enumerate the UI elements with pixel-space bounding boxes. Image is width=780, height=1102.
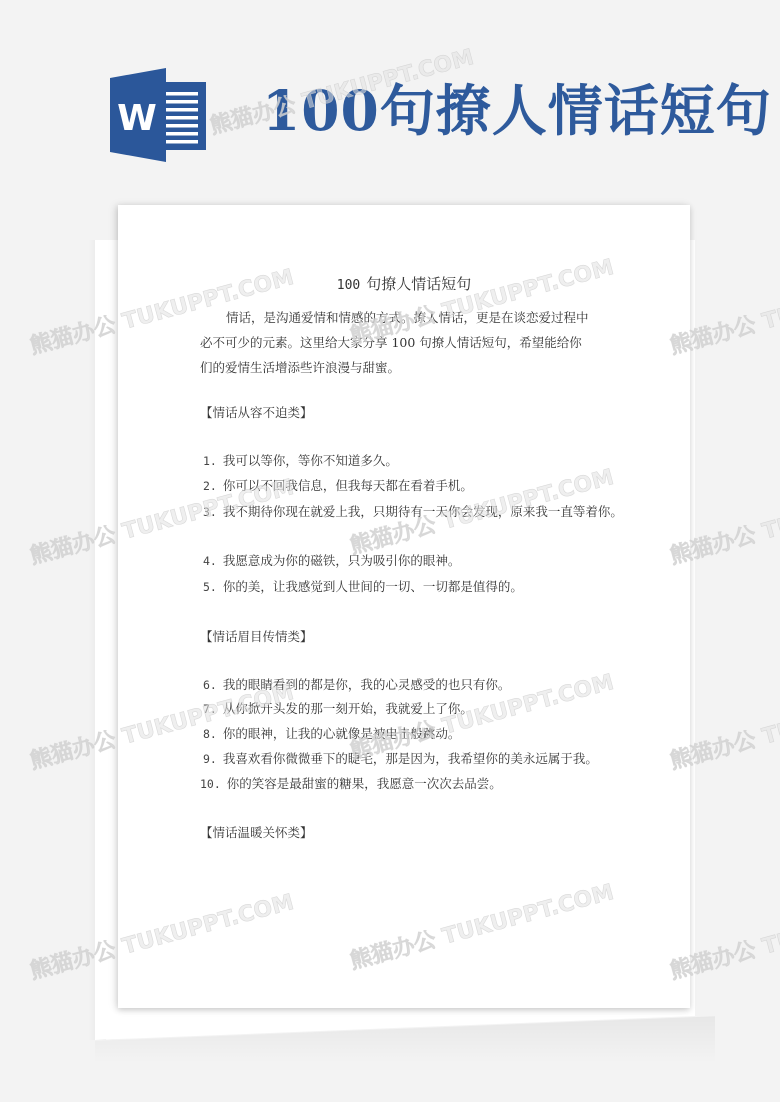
document-page: 100句撩人情话短句 情话，是沟通爱情和情感的方式。撩人情话，更是在谈恋爱过程中… — [118, 205, 690, 1008]
intro-line: 必不可少的元素。这里给大家分享 100 句撩人情话短句，希望能给你 — [200, 330, 610, 355]
list-item: 2.你可以不回我信息，但我每天都在看着手机。 — [203, 476, 623, 496]
word-document-icon: W — [110, 68, 210, 162]
list-item: 7.从你掀开头发的那一刻开始，我就爱上了你。 — [203, 699, 623, 719]
section-heading: 【情话从容不迫类】 — [200, 403, 313, 421]
section-heading: 【情话眉目传情类】 — [200, 627, 313, 645]
document-title: 100句撩人情话短句 — [118, 273, 690, 294]
svg-text:W: W — [117, 98, 157, 139]
page-title: 100句撩人情话短句 — [262, 78, 772, 144]
list-item: 8.你的眼神，让我的心就像是被电击般跳动。 — [203, 724, 623, 744]
title-number: 100 — [337, 278, 360, 293]
header: W 100句撩人情话短句 — [0, 0, 780, 190]
list-item: 9.我喜欢看你微微垂下的睫毛，那是因为，我希望你的美永远属于我。 — [203, 749, 633, 769]
list-item: 3.我不期待你现在就爱上我，只期待有一天你会发现，原来我一直等着你。 — [203, 502, 623, 522]
list-item: 5.你的美，让我感觉到人世间的一切、一切都是值得的。 — [203, 577, 623, 597]
list-item: 4.我愿意成为你的磁铁，只为吸引你的眼神。 — [203, 551, 623, 571]
intro-line: 情话，是沟通爱情和情感的方式。撩人情话，更是在谈恋爱过程中 — [200, 305, 610, 330]
section-heading: 【情话温暖关怀类】 — [200, 823, 313, 841]
intro-line: 们的爱情生活增添些许浪漫与甜蜜。 — [200, 355, 610, 380]
list-item: 6.我的眼睛看到的都是你，我的心灵感受的也只有你。 — [203, 675, 623, 695]
intro-paragraph: 情话，是沟通爱情和情感的方式。撩人情话，更是在谈恋爱过程中 必不可少的元素。这里… — [200, 305, 610, 380]
title-text: 句撩人情话短句 — [366, 275, 471, 293]
list-item: 1.我可以等你，等你不知道多久。 — [203, 451, 623, 471]
list-item: 10.你的笑容是最甜蜜的糖果，我愿意一次次去品尝。 — [200, 774, 620, 794]
